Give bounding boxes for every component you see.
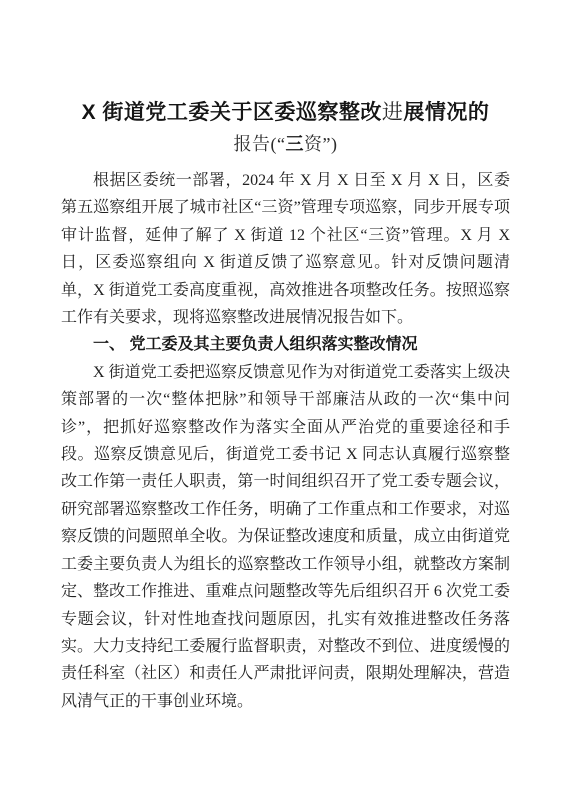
document-title: X 街道党工委关于区委巡察整改进展情况的 报告(“三资”) <box>61 96 510 160</box>
title-segment: 展情况的 <box>403 101 489 124</box>
document-title-line2: 报告(“三资”) <box>61 129 510 160</box>
document-page: X 街道党工委关于区委巡察整改进展情况的 报告(“三资”) 根据区委统一部署，2… <box>0 0 570 807</box>
paragraph-section-body: X 街道党工委把巡察反馈意见作为对街道党工委落实上级决策部署的一次“整体把脉”和… <box>61 359 510 715</box>
title-segment: 资”) <box>304 134 337 154</box>
document-body: 根据区委统一部署，2024 年 X 月 X 日至 X 月 X 日，区委第五巡察组… <box>61 167 510 715</box>
document-title-line1: X 街道党工委关于区委巡察整改进展情况的 <box>61 96 510 129</box>
section-heading: 一、 党工委及其主要负责人组织落实整改情况 <box>61 331 510 358</box>
title-segment: X 街道党工委关于区委巡察整改 <box>82 101 382 124</box>
title-segment: 报告(“ <box>234 134 286 154</box>
title-segment: 进 <box>382 100 404 124</box>
title-segment: 三 <box>286 134 305 154</box>
paragraph-intro: 根据区委统一部署，2024 年 X 月 X 日至 X 月 X 日，区委第五巡察组… <box>61 167 510 331</box>
